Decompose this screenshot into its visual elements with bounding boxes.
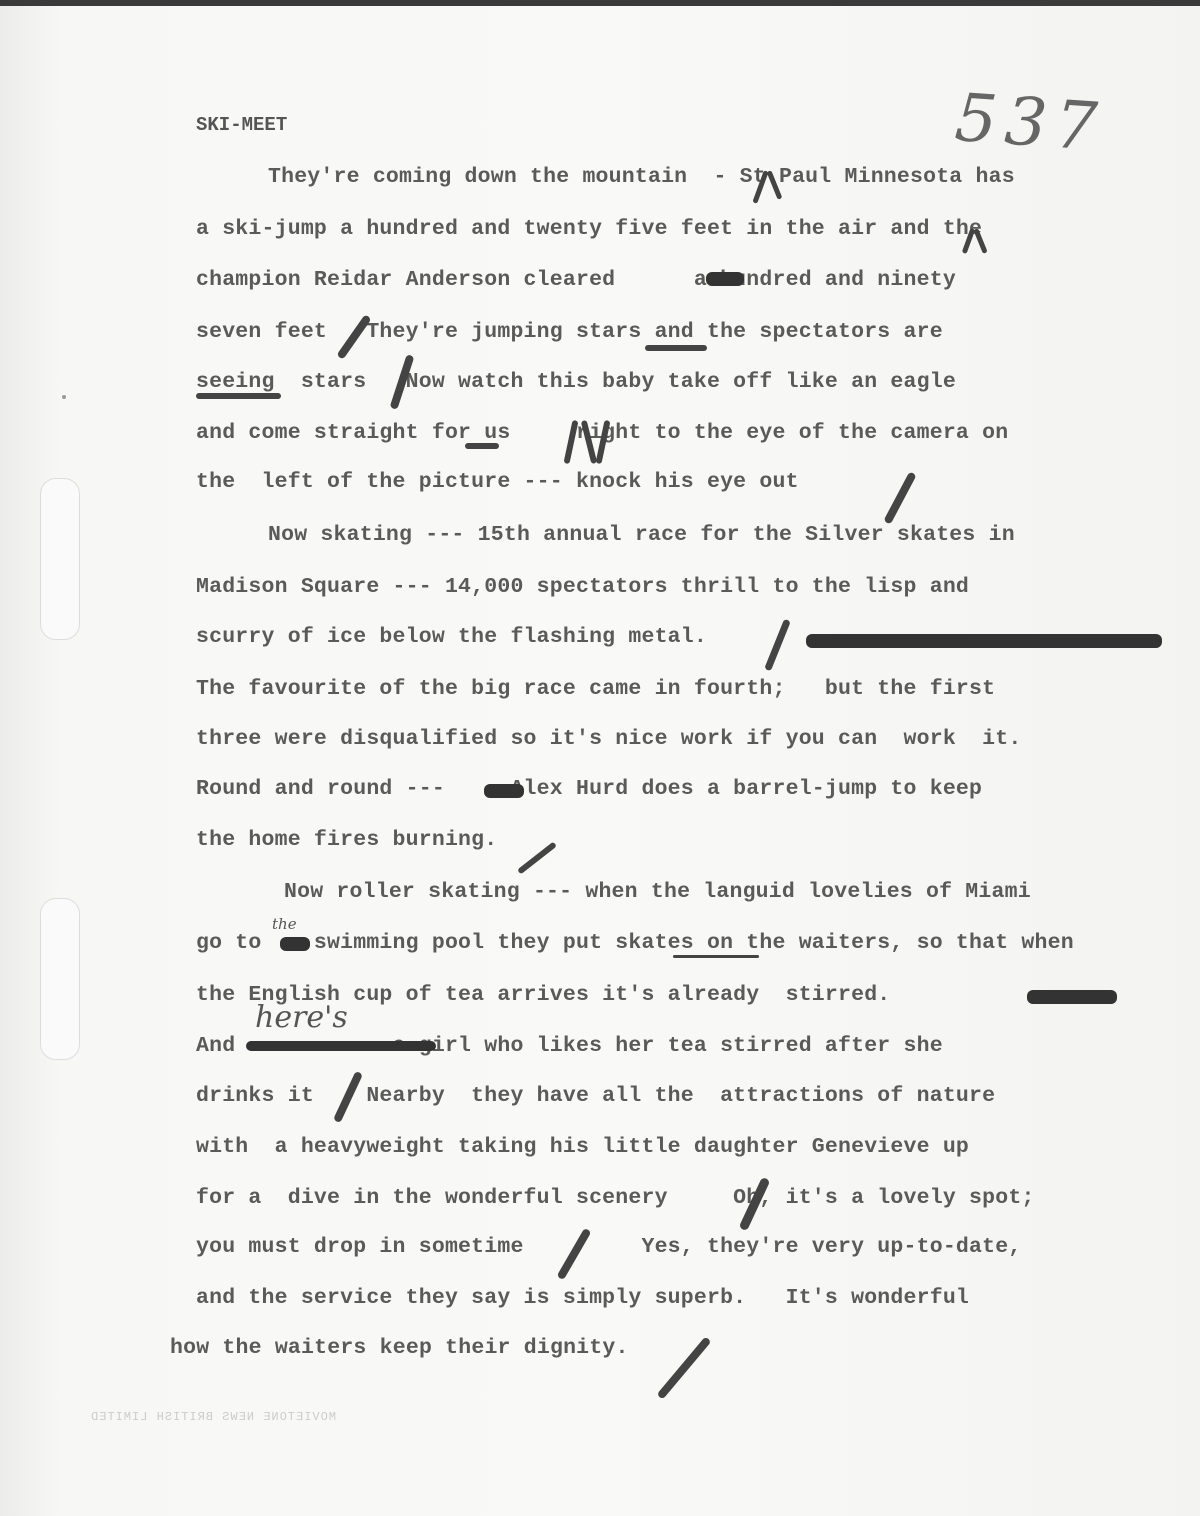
underline-mark	[465, 443, 499, 449]
typed-line: for a dive in the wonderful scenery Oh, …	[196, 1186, 1035, 1210]
typed-line: Madison Square --- 14,000 spectators thr…	[196, 575, 969, 599]
typed-line: seven feet They're jumping stars and the…	[196, 320, 943, 344]
underline-mark	[645, 345, 707, 351]
typed-line: Now skating --- 15th annual race for the…	[268, 523, 1015, 547]
underline-mark	[196, 393, 281, 399]
punch-hole-upper	[40, 478, 80, 640]
typed-line: Now roller skating --- when the languid …	[284, 880, 1031, 904]
document-title: SKI-MEET	[196, 114, 287, 136]
footer-stamp: MOVIETONE NEWS BRITISH LIMITED	[90, 1410, 336, 1424]
typed-line: a ski-jump a hundred and twenty five fee…	[196, 217, 982, 241]
typed-line: the left of the picture --- knock his ey…	[196, 470, 799, 494]
punch-hole-lower	[40, 898, 80, 1060]
typed-line: and the service they say is simply super…	[196, 1286, 969, 1310]
typed-line: drinks it Nearby they have all the attra…	[196, 1084, 995, 1108]
typed-line: how the waiters keep their dignity.	[170, 1336, 629, 1360]
typed-line: the home fires burning.	[196, 828, 497, 852]
struck-out-text	[280, 937, 310, 951]
typed-line: three were disqualified so it's nice wor…	[196, 727, 1021, 751]
typed-line: The favourite of the big race came in fo…	[196, 677, 995, 701]
typed-line: seeing stars Now watch this baby take of…	[196, 370, 956, 394]
typed-line: Round and round --- Alex Hurd does a bar…	[196, 777, 982, 801]
underline-mark	[673, 955, 759, 958]
struck-out-text	[706, 272, 744, 286]
typed-line: you must drop in sometime Yes, they're v…	[196, 1235, 1021, 1259]
typed-line: with a heavyweight taking his little dau…	[196, 1135, 969, 1159]
handwritten-insertion: the	[272, 915, 297, 933]
typed-line: They're coming down the mountain - St Pa…	[268, 165, 1015, 189]
struck-out-text	[1027, 990, 1117, 1004]
typed-line: scurry of ice below the flashing metal.	[196, 625, 707, 649]
handwritten-page-number: 537	[952, 79, 1107, 166]
struck-out-text	[806, 634, 1162, 648]
struck-out-text	[246, 1041, 436, 1051]
margin-speck	[62, 395, 66, 399]
typed-line: go to swimming pool they put skates on t…	[196, 931, 1074, 955]
handwritten-insertion: here's	[255, 1000, 348, 1035]
struck-out-text	[484, 784, 524, 798]
typed-line: champion Reidar Anderson cleared a hundr…	[196, 268, 956, 292]
